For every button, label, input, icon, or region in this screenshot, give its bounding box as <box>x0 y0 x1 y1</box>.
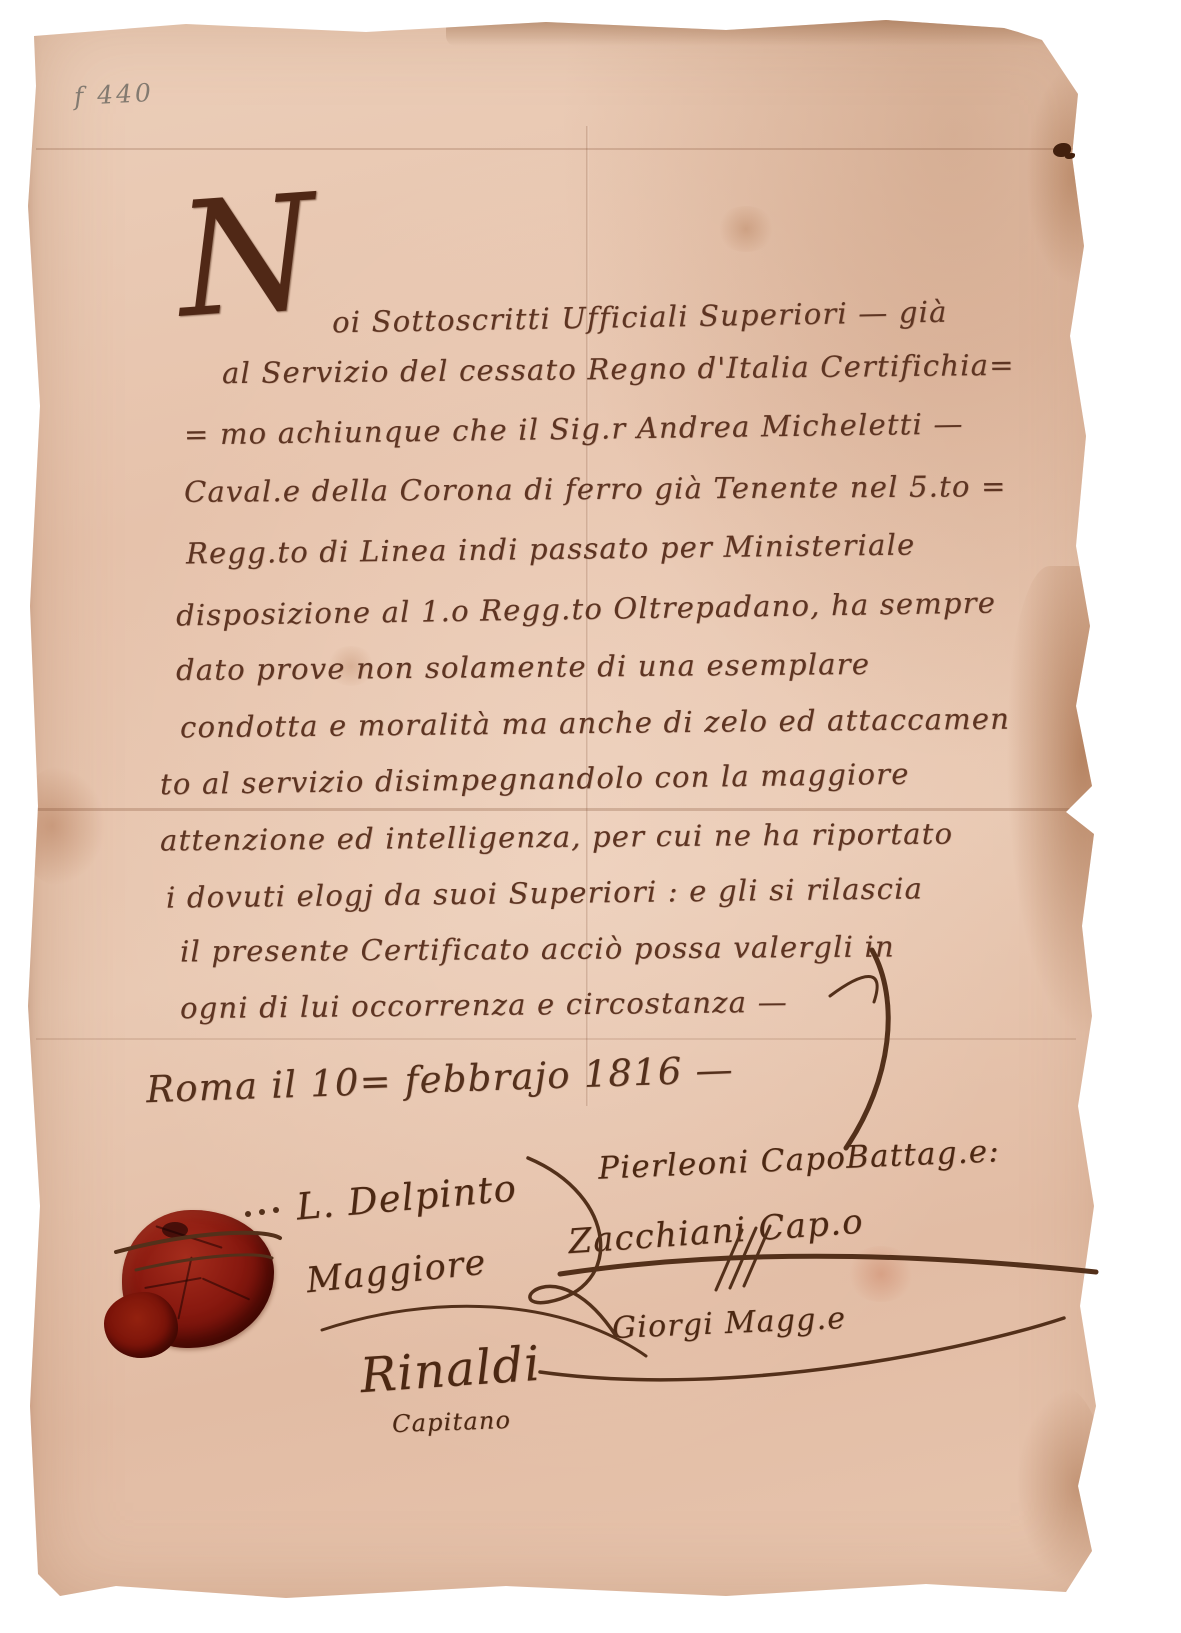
wax-crack <box>162 1222 188 1238</box>
horizontal-fold-lower <box>36 1038 1076 1040</box>
foxing-spot-1 <box>716 206 776 252</box>
right-edge-stain-2 <box>1026 66 1106 286</box>
body-line: dato prove non solamente di una esemplar… <box>176 647 870 687</box>
archival-pencil-note: f 440 <box>73 78 154 111</box>
left-mid-stain <box>16 766 106 886</box>
wax-seal-drip <box>104 1292 178 1358</box>
drop-cap-initial: N <box>173 173 323 340</box>
right-edge-stain <box>1006 566 1116 1036</box>
scanned-document-page: { "meta": { "archival_note": "f 440" }, … <box>0 0 1181 1633</box>
top-fold-shading <box>446 12 1086 46</box>
body-line: attenzione ed intelligenza, per cui ne h… <box>160 817 953 858</box>
body-line: ogni di lui occorrenza e circostanza — <box>180 985 788 1025</box>
body-line: Caval.e della Corona di ferro già Tenent… <box>184 469 1007 509</box>
right-edge-stain-3 <box>1016 1386 1106 1586</box>
horizontal-fold-upper <box>36 148 1076 150</box>
horizontal-fold-middle <box>32 808 1082 811</box>
foxing-spot-3 <box>846 1246 916 1302</box>
body-line: il presente Certificato acciò possa vale… <box>180 930 895 969</box>
red-wax-seal <box>104 1196 290 1368</box>
signature-rinaldi-title: Capitano <box>392 1406 512 1438</box>
